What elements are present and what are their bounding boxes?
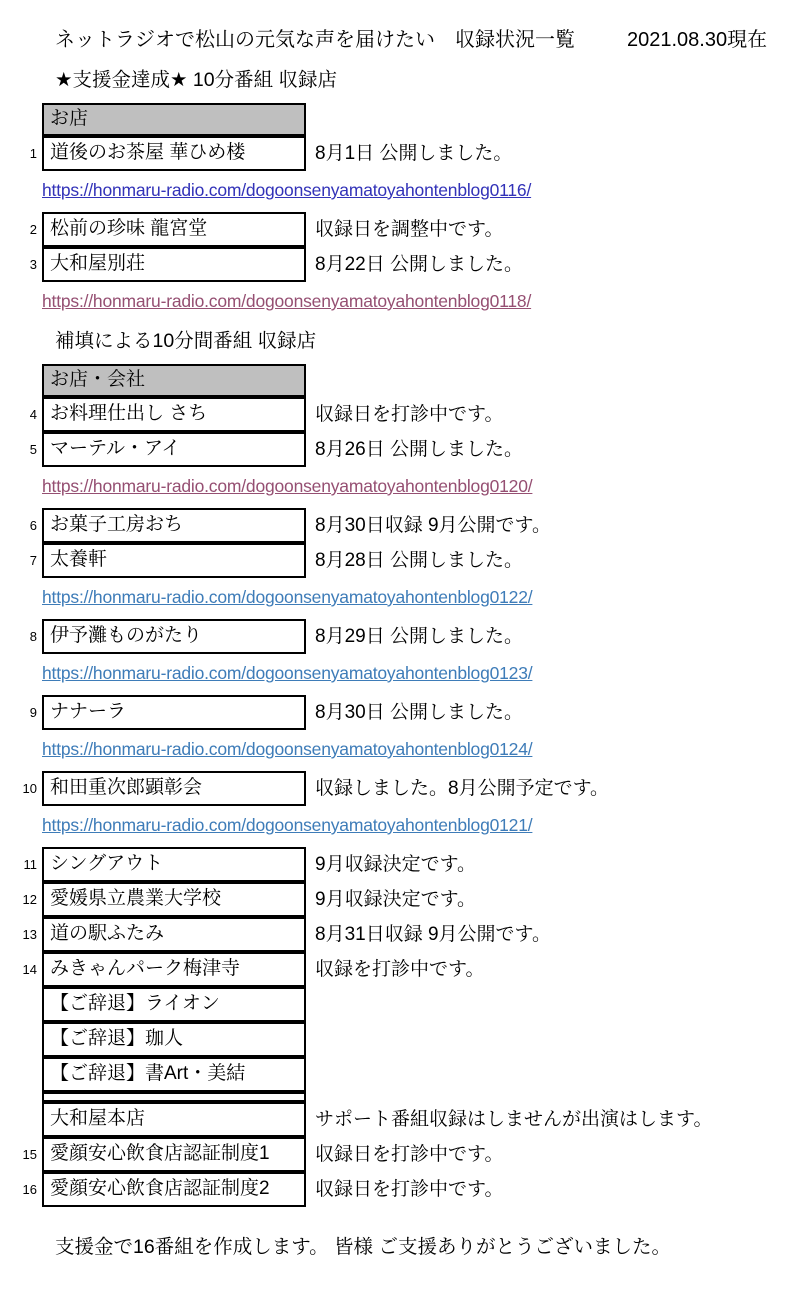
row-number: [2, 1057, 42, 1092]
table-row: 【ご辞退】ライオン: [2, 987, 798, 1022]
shop-name-cell: 和田重次郎顕彰会: [42, 771, 306, 806]
date-label: 2021.08.30現在: [627, 26, 767, 54]
section-title-supplement: 補填による10分間番組 収録店: [55, 327, 798, 355]
blog-link[interactable]: https://honmaru-radio.com/dogoonsenyamat…: [42, 291, 531, 311]
row-number: 7: [2, 543, 42, 578]
shop-name-cell: 愛顔安心飲食店認証制度2: [42, 1172, 306, 1207]
table-row: 6 お菓子工房おち 8月30日収録 9月公開です。: [2, 508, 798, 543]
table-section-1: お店 1 道後のお茶屋 華ひめ楼 8月1日 公開しました。: [2, 103, 798, 171]
row-number: 6: [2, 508, 42, 543]
row-number: 16: [2, 1172, 42, 1207]
blog-link[interactable]: https://honmaru-radio.com/dogoonsenyamat…: [42, 476, 532, 496]
shop-name-cell: みきゃんパーク梅津寺: [42, 952, 306, 987]
table-section-2f: 11 シングアウト 9月収録決定です。 12 愛媛県立農業大学校 9月収録決定で…: [2, 847, 798, 1207]
status-text: 8月22日 公開しました。: [306, 247, 523, 282]
table-section-2b: 6 お菓子工房おち 8月30日収録 9月公開です。 7 太養軒 8月28日 公開…: [2, 508, 798, 578]
table-row: 13 道の駅ふたみ 8月31日収録 9月公開です。: [2, 917, 798, 952]
shop-name-cell: お料理仕出し さち: [42, 397, 306, 432]
shop-name-cell: お菓子工房おち: [42, 508, 306, 543]
row-number-gutter: [2, 103, 42, 136]
table-row: 14 みきゃんパーク梅津寺 収録を打診中です。: [2, 952, 798, 987]
shop-name-cell: 【ご辞退】珈人: [42, 1022, 306, 1057]
row-number: 4: [2, 397, 42, 432]
status-text: 8月29日 公開しました。: [306, 619, 523, 654]
table-row: 12 愛媛県立農業大学校 9月収録決定です。: [2, 882, 798, 917]
table-section-2c: 8 伊予灘ものがたり 8月29日 公開しました。: [2, 619, 798, 654]
table-row: 【ご辞退】書Art・美結: [2, 1057, 798, 1092]
blog-link[interactable]: https://honmaru-radio.com/dogoonsenyamat…: [42, 739, 532, 759]
table-row: 2 松前の珍味 龍宮堂 収録日を調整中です。: [2, 212, 798, 247]
status-text: 8月28日 公開しました。: [306, 543, 523, 578]
shop-name-cell: シングアウト: [42, 847, 306, 882]
empty-cell: [42, 1092, 306, 1102]
table-row: 8 伊予灘ものがたり 8月29日 公開しました。: [2, 619, 798, 654]
row-number: 10: [2, 771, 42, 806]
column-header-cell: お店・会社: [42, 364, 306, 397]
status-text: 8月30日 公開しました。: [306, 695, 523, 730]
shop-name-cell: 伊予灘ものがたり: [42, 619, 306, 654]
shop-name-cell: 大和屋本店: [42, 1102, 306, 1137]
table-row: 【ご辞退】珈人: [2, 1022, 798, 1057]
status-text: 9月収録決定です。: [306, 882, 476, 917]
link-line: https://honmaru-radio.com/dogoonsenyamat…: [42, 585, 798, 611]
shop-name-cell: 愛媛県立農業大学校: [42, 882, 306, 917]
table-section-2d: 9 ナナーラ 8月30日 公開しました。: [2, 695, 798, 730]
row-number: 5: [2, 432, 42, 467]
table-row: 11 シングアウト 9月収録決定です。: [2, 847, 798, 882]
row-number: 11: [2, 847, 42, 882]
row-number: 3: [2, 247, 42, 282]
link-line: https://honmaru-radio.com/dogoonsenyamat…: [42, 661, 798, 687]
link-line: https://honmaru-radio.com/dogoonsenyamat…: [42, 813, 798, 839]
table-row: 5 マーテル・アイ 8月26日 公開しました。: [2, 432, 798, 467]
section-title-funded: ★支援金達成★ 10分番組 収録店: [55, 66, 798, 94]
table-section-2e: 10 和田重次郎顕彰会 収録しました。8月公開予定です。: [2, 771, 798, 806]
table-section-1b: 2 松前の珍味 龍宮堂 収録日を調整中です。 3 大和屋別荘 8月22日 公開し…: [2, 212, 798, 282]
document-page: ネットラジオで松山の元気な声を届けたい 収録状況一覧 2021.08.30現在 …: [0, 0, 798, 1291]
table-row: 9 ナナーラ 8月30日 公開しました。: [2, 695, 798, 730]
link-line: https://honmaru-radio.com/dogoonsenyamat…: [42, 178, 798, 204]
page-title: ネットラジオで松山の元気な声を届けたい 収録状況一覧: [55, 26, 575, 54]
status-text: 収録を打診中です。: [306, 952, 484, 987]
status-text: 収録日を打診中です。: [306, 1137, 503, 1172]
shop-name-cell: 愛顔安心飲食店認証制度1: [42, 1137, 306, 1172]
row-number: [2, 1102, 42, 1137]
row-number: [2, 987, 42, 1022]
row-number: 1: [2, 136, 42, 171]
column-header-cell: お店: [42, 103, 306, 136]
footer-note: 支援金で16番組を作成します。 皆様 ご支援ありがとうございました。: [55, 1233, 798, 1261]
status-text: 8月31日収録 9月公開です。: [306, 917, 551, 952]
shop-name-cell: 道の駅ふたみ: [42, 917, 306, 952]
status-text: [306, 987, 315, 1022]
row-number: 12: [2, 882, 42, 917]
title-line: ネットラジオで松山の元気な声を届けたい 収録状況一覧 2021.08.30現在: [55, 26, 770, 54]
table-row: 1 道後のお茶屋 華ひめ楼 8月1日 公開しました。: [2, 136, 798, 171]
table-row: 大和屋本店 サポート番組収録はしませんが出演はします。: [2, 1102, 798, 1137]
row-number-gutter: [2, 364, 42, 397]
table-section-2: お店・会社 4 お料理仕出し さち 収録日を打診中です。 5 マーテル・アイ 8…: [2, 364, 798, 467]
empty-row: [2, 1092, 798, 1102]
status-text: 収録日を打診中です。: [306, 1172, 503, 1207]
row-number: 2: [2, 212, 42, 247]
row-number: 8: [2, 619, 42, 654]
status-text: 収録日を調整中です。: [306, 212, 503, 247]
status-text: 8月1日 公開しました。: [306, 136, 512, 171]
status-text: 収録日を打診中です。: [306, 397, 503, 432]
row-number: 13: [2, 917, 42, 952]
row-number: 14: [2, 952, 42, 987]
blog-link[interactable]: https://honmaru-radio.com/dogoonsenyamat…: [42, 815, 532, 835]
row-number: 15: [2, 1137, 42, 1172]
link-line: https://honmaru-radio.com/dogoonsenyamat…: [42, 474, 798, 500]
status-text: 8月26日 公開しました。: [306, 432, 523, 467]
status-text: 9月収録決定です。: [306, 847, 476, 882]
shop-name-cell: 【ご辞退】書Art・美結: [42, 1057, 306, 1092]
shop-name-cell: 大和屋別荘: [42, 247, 306, 282]
row-number: 9: [2, 695, 42, 730]
status-text: [306, 1022, 315, 1057]
status-text: [306, 1057, 315, 1092]
shop-name-cell: ナナーラ: [42, 695, 306, 730]
status-text: 収録しました。8月公開予定です。: [306, 771, 609, 806]
row-number: [2, 1022, 42, 1057]
table-row: 7 太養軒 8月28日 公開しました。: [2, 543, 798, 578]
shop-name-cell: 太養軒: [42, 543, 306, 578]
shop-name-cell: マーテル・アイ: [42, 432, 306, 467]
blog-link[interactable]: https://honmaru-radio.com/dogoonsenyamat…: [42, 587, 532, 607]
row-number-gutter: [2, 1092, 42, 1102]
shop-name-cell: 道後のお茶屋 華ひめ楼: [42, 136, 306, 171]
blog-link[interactable]: https://honmaru-radio.com/dogoonsenyamat…: [42, 663, 532, 683]
link-line: https://honmaru-radio.com/dogoonsenyamat…: [42, 737, 798, 763]
table-row: 3 大和屋別荘 8月22日 公開しました。: [2, 247, 798, 282]
link-line: https://honmaru-radio.com/dogoonsenyamat…: [42, 289, 798, 315]
shop-name-cell: 【ご辞退】ライオン: [42, 987, 306, 1022]
table-row: 16 愛顔安心飲食店認証制度2 収録日を打診中です。: [2, 1172, 798, 1207]
table-row: 15 愛顔安心飲食店認証制度1 収録日を打診中です。: [2, 1137, 798, 1172]
status-text: 8月30日収録 9月公開です。: [306, 508, 551, 543]
header-row: お店・会社: [2, 364, 798, 397]
table-row: 10 和田重次郎顕彰会 収録しました。8月公開予定です。: [2, 771, 798, 806]
shop-name-cell: 松前の珍味 龍宮堂: [42, 212, 306, 247]
status-text: サポート番組収録はしませんが出演はします。: [306, 1102, 712, 1137]
header-row: お店: [2, 103, 798, 136]
table-row: 4 お料理仕出し さち 収録日を打診中です。: [2, 397, 798, 432]
blog-link[interactable]: https://honmaru-radio.com/dogoonsenyamat…: [42, 180, 531, 200]
